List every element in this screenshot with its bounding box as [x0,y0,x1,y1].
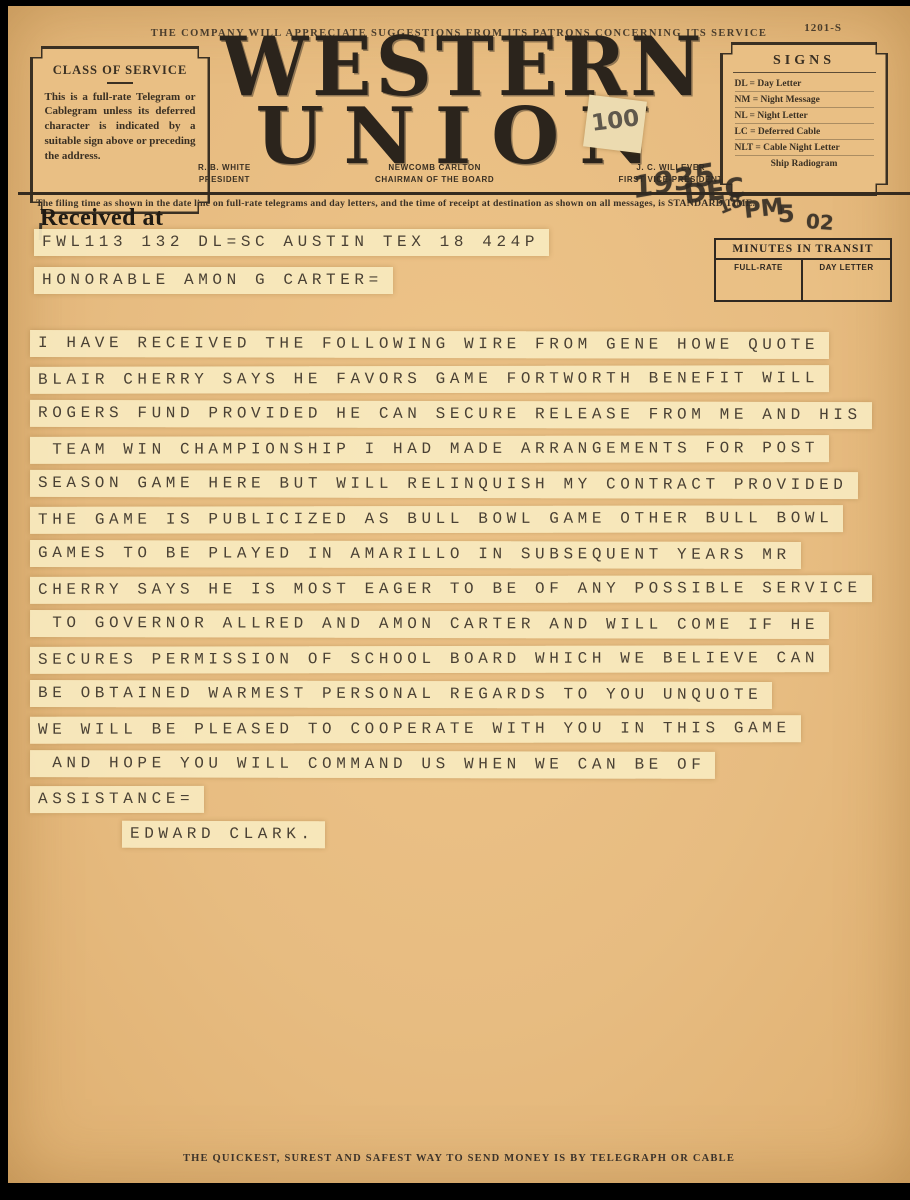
signature-line: EDWARD CLARK. [122,821,325,849]
sign-item: LC = Deferred Cable [735,124,874,140]
message-line: ROGERS FUND PROVIDED HE CAN SECURE RELEA… [30,400,872,429]
brand-word-western: WESTERN [208,31,718,106]
addressee-line: HONORABLE AMON G CARTER= [34,267,393,294]
message-body: I HAVE RECEIVED THE FOLLOWING WIRE FROM … [30,331,910,856]
penciled-number: 100 [585,105,646,138]
class-of-service-title: CLASS OF SERVICE [43,63,198,78]
officer-president: R. B. WHITE PRESIDENT [198,162,251,186]
message-line: BLAIR CHERRY SAYS HE FAVORS GAME FORTWOR… [30,365,829,394]
officer-chairman: NEWCOMB CARLTON CHAIRMAN OF THE BOARD [375,162,494,186]
message-line: ASSISTANCE= [30,786,204,813]
message-line: SEASON GAME HERE BUT WILL RELINQUISH MY … [30,470,858,499]
sign-item: NLT = Cable Night Letter [735,140,874,156]
telegram-scan: THE COMPANY WILL APPRECIATE SUGGESTIONS … [0,0,910,1200]
sign-item: Ship Radiogram [735,156,874,171]
officer-title: PRESIDENT [198,174,251,186]
officer-name: R. B. WHITE [198,162,251,174]
full-rate-column: FULL-RATE [716,260,803,300]
minutes-in-transit-title: MINUTES IN TRANSIT [716,240,890,260]
class-of-service-box: CLASS OF SERVICE This is a full-rate Tel… [30,46,210,214]
signs-title: SIGNS [733,53,876,73]
telegram-paper: THE COMPANY WILL APPRECIATE SUGGESTIONS … [8,6,910,1183]
sign-item: DL = Day Letter [735,76,874,92]
minutes-in-transit-box: MINUTES IN TRANSIT FULL-RATE DAY LETTER [714,238,892,302]
signs-inner: SIGNS DL = Day Letter NM = Night Message… [723,45,886,194]
class-of-service-rule [107,82,133,84]
penciled-note-scrap: 100 [583,95,647,154]
form-number: 1201-S [804,22,842,34]
sign-item: NM = Night Message [735,92,874,108]
sign-item: NL = Night Letter [735,108,874,124]
class-of-service-text: This is a full-rate Telegram or Cablegra… [45,90,196,164]
routing-line: FWL113 132 DL=SC AUSTIN TEX 18 424P [34,229,549,256]
message-line: AND HOPE YOU WILL COMMAND US WHEN WE CAN… [30,750,716,779]
message-line: THE GAME IS PUBLICIZED AS BULL BOWL GAME… [30,505,843,534]
date-stamp-minute: 02 [805,209,834,235]
message-line: WE WILL BE PLEASED TO COOPERATE WITH YOU… [30,715,801,744]
received-at-label: Received at [40,205,163,232]
message-line: CHERRY SAYS HE IS MOST EAGER TO BE OF AN… [30,575,872,604]
message-line: BE OBTAINED WARMEST PERSONAL REGARDS TO … [30,680,772,709]
message-line: GAMES TO BE PLAYED IN AMARILLO IN SUBSEQ… [30,540,801,569]
bottom-slogan: THE QUICKEST, SUREST AND SAFEST WAY TO S… [8,1153,910,1164]
day-letter-column: DAY LETTER [803,260,890,300]
message-line: SECURES PERMISSION OF SCHOOL BOARD WHICH… [30,645,829,674]
officer-title: CHAIRMAN OF THE BOARD [375,174,494,186]
class-of-service-inner: CLASS OF SERVICE This is a full-rate Tel… [33,49,208,212]
date-stamp-hour: 5 [778,200,795,228]
signs-box: SIGNS DL = Day Letter NM = Night Message… [720,42,888,196]
minutes-in-transit-columns: FULL-RATE DAY LETTER [716,260,890,300]
message-line: I HAVE RECEIVED THE FOLLOWING WIRE FROM … [30,330,829,359]
officer-name: NEWCOMB CARLTON [375,162,494,174]
message-line: TEAM WIN CHAMPIONSHIP I HAD MADE ARRANGE… [30,435,829,464]
message-line: TO GOVERNOR ALLRED AND AMON CARTER AND W… [30,610,829,639]
